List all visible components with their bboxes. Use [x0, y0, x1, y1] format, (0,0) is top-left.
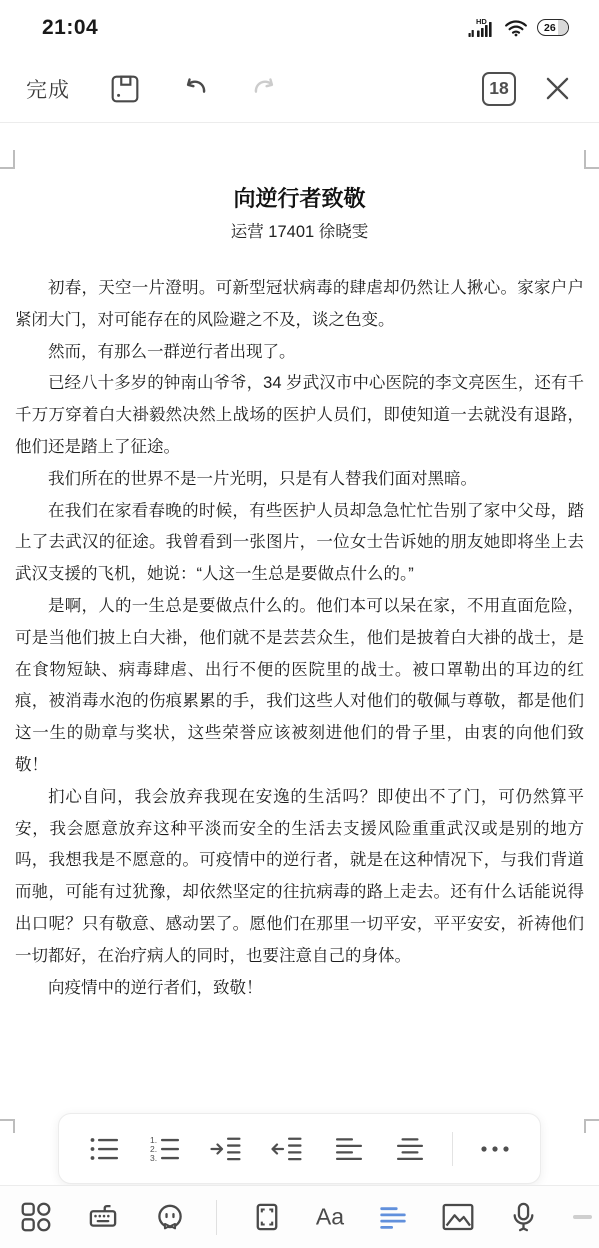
more-options-icon[interactable] [476, 1130, 514, 1168]
format-bar-separator [452, 1132, 453, 1166]
paragraph[interactable]: 在我们在家看春晚的时候，有些医护人员却急急忙忙告别了家中父母，踏上了去武汉的征途… [15, 496, 584, 591]
svg-text:3.: 3. [150, 1153, 157, 1163]
close-button[interactable] [544, 75, 571, 102]
page-margin-mark-top-right [584, 150, 599, 169]
paragraph[interactable]: 我们所在的世界不是一片光明，只是有人替我们面对黑暗。 [15, 464, 584, 496]
page-margin-mark-top-left [0, 150, 15, 169]
battery-fill [558, 20, 568, 35]
undo-button[interactable] [182, 75, 210, 103]
battery-indicator: 26 [537, 19, 569, 36]
font-size-button[interactable]: 18 [482, 72, 516, 106]
document-body[interactable]: 初春，天空一片澄明。可新型冠状病毒的肆虐却仍然让人揪心。家家户户紧闭大门，对可能… [15, 273, 584, 1004]
insert-toolbar: Aa [0, 1185, 599, 1248]
paragraph[interactable]: 然而，有那么一群逆行者出现了。 [15, 337, 584, 369]
wifi-icon [504, 18, 528, 37]
redo-button[interactable] [250, 75, 278, 103]
align-center-icon[interactable] [391, 1130, 429, 1168]
paragraph-format-bar: 1. 2. 3. [58, 1113, 541, 1184]
document-byline[interactable]: 运营 17401 徐晓雯 [0, 220, 599, 244]
indent-increase-icon[interactable] [207, 1130, 245, 1168]
status-bar: 21:04 HD [0, 0, 599, 55]
svg-text:HD: HD [476, 17, 487, 26]
align-left-icon[interactable] [330, 1130, 368, 1168]
tools-grid-icon[interactable] [21, 1202, 51, 1232]
bullet-list-icon[interactable] [85, 1130, 123, 1168]
numbered-list-icon[interactable]: 1. 2. 3. [146, 1130, 184, 1168]
app-screen: 21:04 HD [0, 0, 599, 1248]
document-title[interactable]: 向逆行者致敬 [0, 185, 599, 213]
clock: 21:04 [42, 16, 98, 40]
paragraph[interactable]: 初春，天空一片澄明。可新型冠状病毒的肆虐却仍然让人揪心。家家户户紧闭大门，对可能… [15, 273, 584, 337]
done-button[interactable]: 完成 [26, 74, 70, 104]
voice-input-icon[interactable] [224, 1201, 599, 1233]
paragraph[interactable]: 扪心自问，我会放弃我现在安逸的生活吗？即使出不了门，可仍然算平安，我会愿意放弃这… [15, 782, 584, 973]
assistant-emoji-icon[interactable] [155, 1202, 185, 1232]
page-margin-mark-bottom-right [584, 1119, 599, 1133]
indent-decrease-icon[interactable] [268, 1130, 306, 1168]
paragraph[interactable]: 已经八十多岁的钟南山爷爷，34 岁武汉市中心医院的李文亮医生，还有千千万万穿着白… [15, 368, 584, 463]
editor-toolbar: 完成 18 [0, 55, 599, 123]
page-margin-mark-bottom-left [0, 1119, 15, 1133]
paragraph[interactable]: 是啊，人的一生总是要做点什么的。他们本可以呆在家，不用直面危险，可是当他们披上白… [15, 591, 584, 782]
partial-icon-dash [573, 1215, 592, 1219]
paragraph[interactable]: 向疫情中的逆行者们，致敬！ [15, 973, 584, 1005]
document-page[interactable]: 向逆行者致敬 运营 17401 徐晓雯 初春，天空一片澄明。可新型冠状病毒的肆虐… [0, 123, 599, 1248]
save-button[interactable] [110, 74, 140, 104]
cell-signal-icon: HD [468, 17, 495, 38]
bottom-bar-separator [216, 1200, 217, 1235]
keyboard-icon[interactable] [88, 1202, 118, 1232]
